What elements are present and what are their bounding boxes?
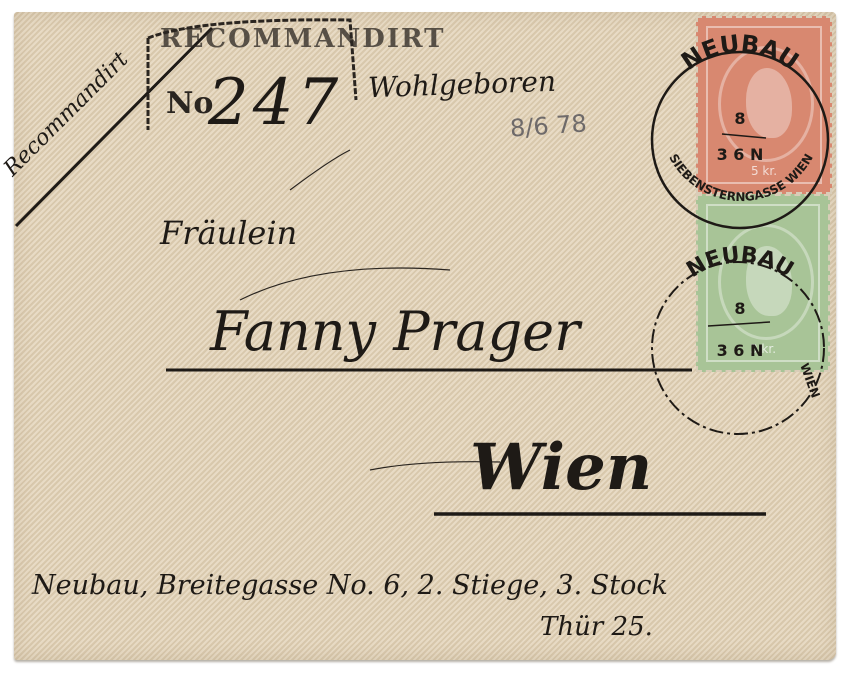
svg-text:8: 8 — [734, 299, 745, 318]
city: Wien — [470, 430, 652, 505]
title-line: Fräulein — [160, 214, 297, 252]
svg-text:NEUBAU: NEUBAU — [682, 243, 797, 283]
postmark-neubau-2: NEUBAU 8 3 6 N WIEN — [652, 243, 824, 434]
registration-number-prefix: No — [166, 86, 213, 121]
svg-text:8: 8 — [734, 109, 745, 128]
door-number: Thür 25. — [540, 612, 653, 642]
svg-text:WIEN: WIEN — [797, 361, 822, 400]
pencil-date: 8/6 78 — [509, 109, 588, 142]
street-address: Neubau, Breitegasse No. 6, 2. Stiege, 3.… — [32, 570, 668, 601]
svg-text:3 6 N: 3 6 N — [717, 145, 764, 164]
svg-text:NEUBAU: NEUBAU — [676, 30, 804, 76]
postmark-neubau-1: NEUBAU SIEBENSTERNGASSE WIEN 8 3 6 N — [652, 30, 828, 228]
addressee-name: Fanny Prager — [210, 300, 580, 363]
svg-text:3 6 N: 3 6 N — [717, 341, 764, 360]
salutation: Wohlgeboren — [367, 65, 556, 105]
registration-number: 247 — [208, 66, 342, 140]
registration-stamp-label: RECOMMANDIRT — [160, 24, 445, 54]
